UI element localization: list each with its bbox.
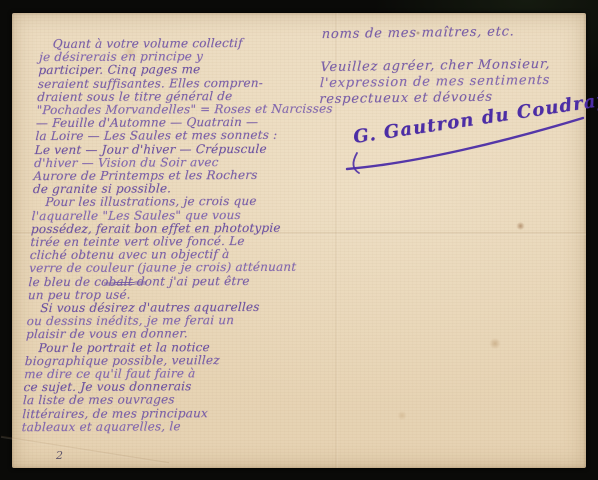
handwritten-line: noms de mes maîtres, etc. [321,24,552,43]
scanned-letter-background: Quant à votre volume collectifje désirer… [0,0,598,480]
handwritten-line: l'expression de mes sentiments [320,73,551,92]
letter-paper: Quant à votre volume collectifje désirer… [12,13,586,468]
letter-closing-formula: Veuillez agréer, cher Monsieur,l'express… [319,57,551,108]
handwritten-line: tableaux et aquarelles, le [21,419,318,434]
letter-right-column: noms de mes maîtres, etc. Veuillez agrée… [319,24,552,108]
fold-crease-diagonal [1,436,169,465]
signature-block: G. Gautron du Coudray [327,107,591,183]
foxing-stain [397,411,407,420]
page-number: 2 [56,449,63,462]
foxing-stain [489,338,501,349]
letter-left-column: Quant à votre volume collectifje désirer… [21,36,336,434]
foxing-stain [516,222,525,230]
